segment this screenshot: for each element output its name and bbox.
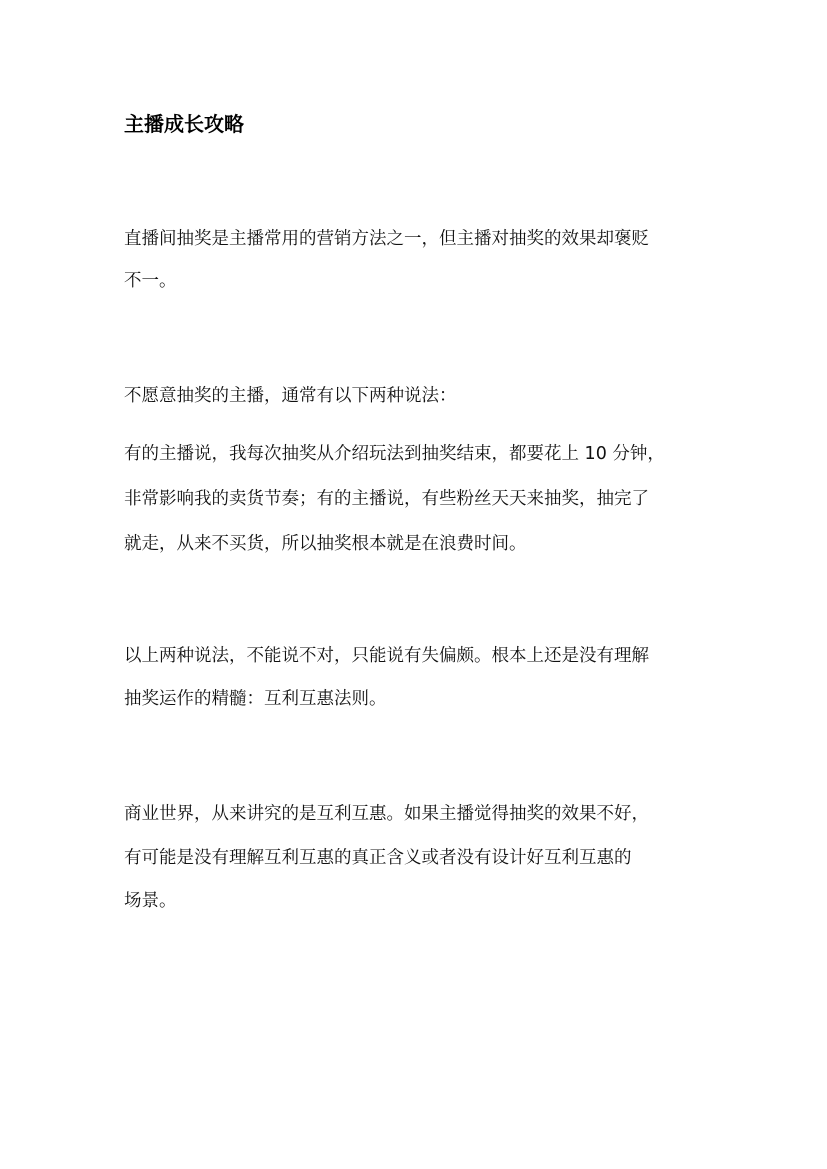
paragraph-line: 非常影响我的卖货节奏；有的主播说，有些粉丝天天来抽奖，抽完了: [124, 486, 649, 512]
paragraph-line: 抽奖运作的精髓：互利互惠法则。: [124, 686, 387, 712]
paragraph-line: 不愿意抽奖的主播，通常有以下两种说法：: [124, 383, 457, 409]
paragraph-line: 就走，从来不买货，所以抽奖根本就是在浪费时间。: [124, 531, 527, 557]
paragraph-line: 有可能是没有理解互利互惠的真正含义或者没有设计好互利互惠的: [124, 845, 632, 871]
paragraph-line: 以上两种说法，不能说不对，只能说有失偏颇。根本上还是没有理解: [124, 643, 649, 669]
paragraph-line: 场景。: [124, 888, 177, 914]
paragraph-line: 直播间抽奖是主播常用的营销方法之一，但主播对抽奖的效果却褒贬: [124, 226, 649, 252]
paragraph-line: 商业世界，从来讲究的是互利互惠。如果主播觉得抽奖的效果不好，: [124, 801, 649, 827]
document-page: 主播成长攻略 直播间抽奖是主播常用的营销方法之一，但主播对抽奖的效果却褒贬 不一…: [0, 0, 827, 1169]
paragraph-line: 有的主播说，我每次抽奖从介绍玩法到抽奖结束，都要花上 10 分钟，: [124, 441, 665, 467]
paragraph-line: 不一。: [124, 268, 177, 294]
document-title: 主播成长攻略: [124, 110, 244, 138]
